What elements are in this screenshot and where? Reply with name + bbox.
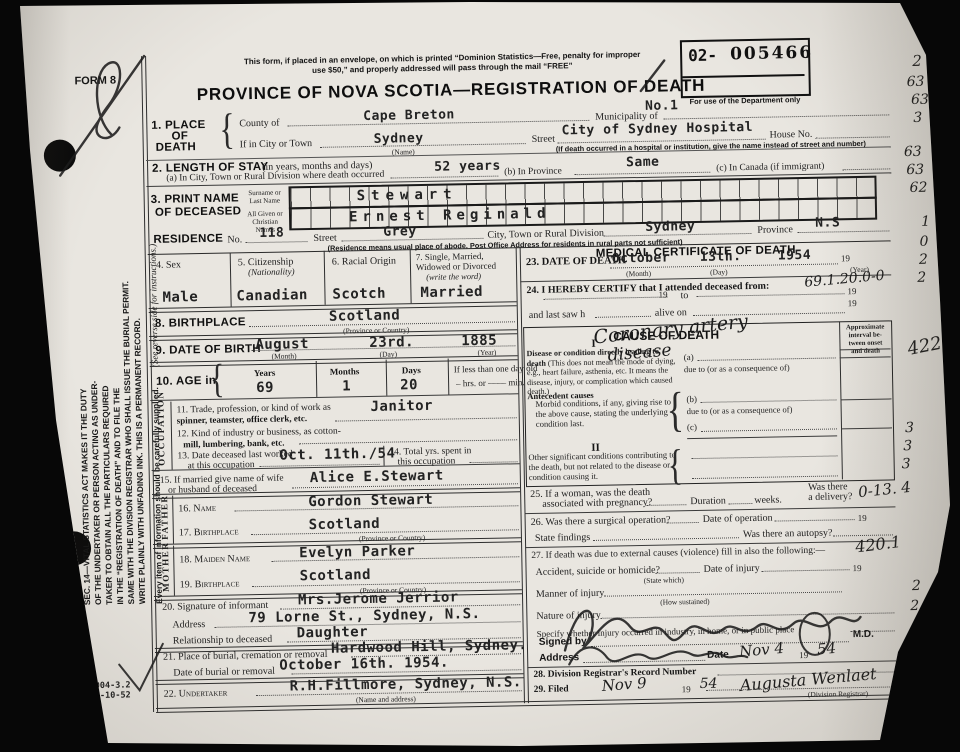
paper-sheet: FORM 8 SEC. 14—VITAL STATISTICS ACT MAKE… bbox=[0, 0, 960, 752]
check-mark bbox=[119, 644, 164, 691]
margin-mark: 1 bbox=[914, 616, 923, 632]
cursive-mark bbox=[95, 62, 121, 138]
pen-slash bbox=[640, 61, 665, 91]
address-scrawl bbox=[569, 645, 747, 665]
doctor-annotation: Dr.P.MacDonald. bbox=[50, 577, 67, 702]
ink-marks bbox=[0, 0, 960, 752]
circled-mark bbox=[799, 613, 830, 656]
registration-form: FORM 8 SEC. 14—VITAL STATISTICS ACT MAKE… bbox=[0, 0, 960, 752]
scanned-death-certificate: FORM 8 SEC. 14—VITAL STATISTICS ACT MAKE… bbox=[0, 0, 960, 752]
